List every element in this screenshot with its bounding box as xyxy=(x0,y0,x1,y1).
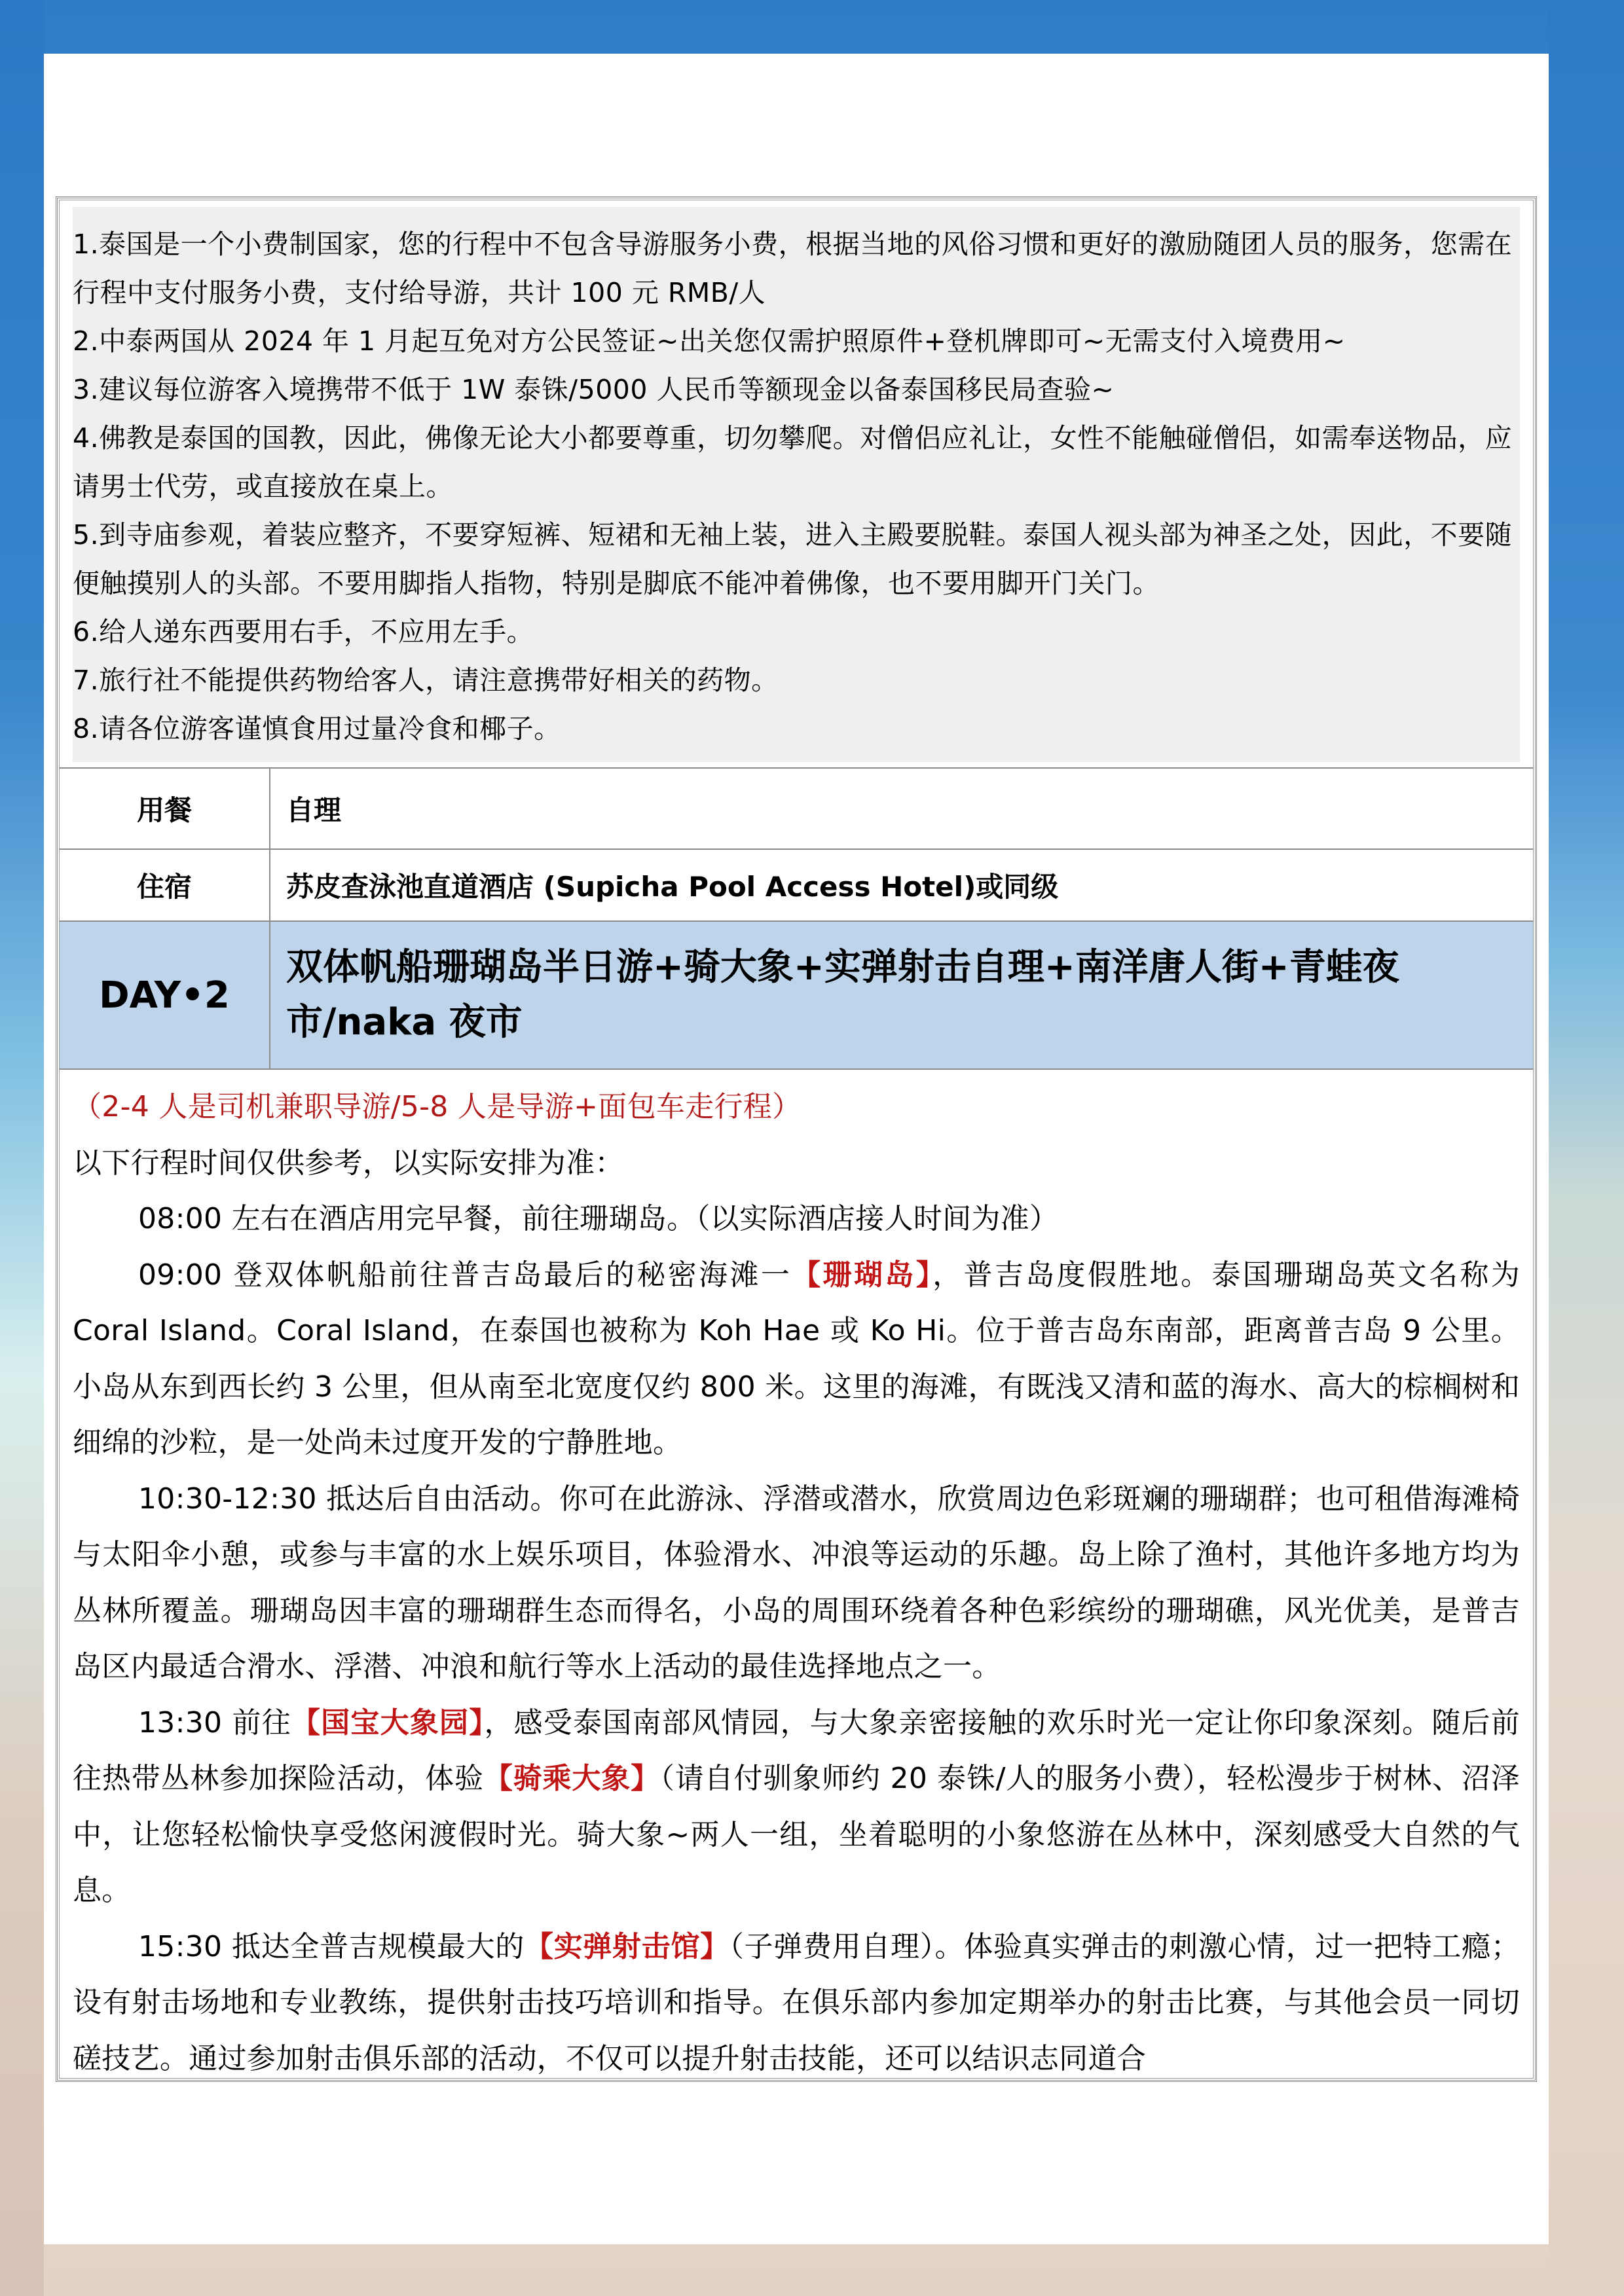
text: 13:30 前往 xyxy=(138,1706,291,1740)
note-item: 2.中泰两国从 2024 年 1 月起互免对方公民签证~出关您仅需护照原件+登机… xyxy=(73,317,1520,365)
highlight-shooting-range: 【实弹射击馆】 xyxy=(525,1930,729,1963)
schedule-disclaimer: 以下行程时间仅供参考，以实际安排为准： xyxy=(73,1135,1520,1192)
day-title: 双体帆船珊瑚岛半日游+骑大象+实弹射击自理+南洋唐人街+青蛙夜市/naka 夜市 xyxy=(270,922,1533,1068)
itinerary-table: 1.泰国是一个小费制国家，您的行程中不包含导游服务小费，根据当地的风俗习惯和更好… xyxy=(56,196,1537,2082)
schedule-1330: 13:30 前往【国宝大象园】，感受泰国南部风情园，与大象亲密接触的欢乐时光一定… xyxy=(73,1695,1520,1919)
text: 09:00 登双体帆船前往普吉岛最后的秘密海滩一 xyxy=(138,1258,792,1292)
note-item: 4.佛教是泰国的国教，因此，佛像无论大小都要尊重，切勿攀爬。对僧侣应礼让，女性不… xyxy=(73,414,1520,511)
hotel-row: 住宿 苏皮查泳池直道酒店 (Supicha Pool Access Hotel)… xyxy=(60,850,1533,922)
note-item: 3.建议每位游客入境携带不低于 1W 泰铢/5000 人民币等额现金以备泰国移民… xyxy=(73,365,1520,414)
itinerary-body: （2-4 人是司机兼职导游/5-8 人是导游+面包车走行程） 以下行程时间仅供参… xyxy=(60,1070,1533,2086)
notes-section: 1.泰国是一个小费制国家，您的行程中不包含导游服务小费，根据当地的风俗习惯和更好… xyxy=(60,207,1533,769)
day-label: DAY•2 xyxy=(60,922,270,1068)
highlight-elephant-ride: 【骑乘大象】 xyxy=(484,1762,660,1795)
meal-value: 自理 xyxy=(270,769,1533,848)
schedule-1530: 15:30 抵达全普吉规模最大的【实弹射击馆】（子弹费用自理）。体验真实弹击的刺… xyxy=(73,1919,1520,2087)
background-photo-left xyxy=(0,0,44,2296)
note-item: 1.泰国是一个小费制国家，您的行程中不包含导游服务小费，根据当地的风俗习惯和更好… xyxy=(73,220,1520,317)
hotel-value: 苏皮查泳池直道酒店 (Supicha Pool Access Hotel)或同级 xyxy=(270,850,1533,920)
highlight-elephant-park: 【国宝大象园】 xyxy=(291,1706,485,1740)
meal-row: 用餐 自理 xyxy=(60,769,1533,850)
text: 15:30 抵达全普吉规模最大的 xyxy=(138,1930,525,1963)
note-item: 6.给人递东西要用右手，不应用左手。 xyxy=(73,608,1520,656)
highlight-coral-island: 【珊瑚岛】 xyxy=(792,1258,932,1292)
note-item: 5.到寺庙参观，着装应整齐，不要穿短裤、短裙和无袖上装，进入主殿要脱鞋。泰国人视… xyxy=(73,511,1520,608)
schedule-0800: 08:00 左右在酒店用完早餐，前往珊瑚岛。（以实际酒店接人时间为准） xyxy=(73,1191,1520,1247)
day-header-row: DAY•2 双体帆船珊瑚岛半日游+骑大象+实弹射击自理+南洋唐人街+青蛙夜市/n… xyxy=(60,922,1533,1070)
note-item: 7.旅行社不能提供药物给客人，请注意携带好相关的药物。 xyxy=(73,656,1520,704)
hotel-label: 住宿 xyxy=(60,850,270,920)
schedule-0900: 09:00 登双体帆船前往普吉岛最后的秘密海滩一【珊瑚岛】，普吉岛度假胜地。泰国… xyxy=(73,1247,1520,1471)
meal-label: 用餐 xyxy=(60,769,270,848)
background-photo-right xyxy=(1549,0,1624,2296)
schedule-1030: 10:30-12:30 抵达后自由活动。你可在此游泳、浮潜或潜水，欣赏周边色彩斑… xyxy=(73,1471,1520,1695)
guide-note: （2-4 人是司机兼职导游/5-8 人是导游+面包车走行程） xyxy=(73,1079,1520,1135)
note-item: 8.请各位游客谨慎食用过量冷食和椰子。 xyxy=(73,704,1520,753)
